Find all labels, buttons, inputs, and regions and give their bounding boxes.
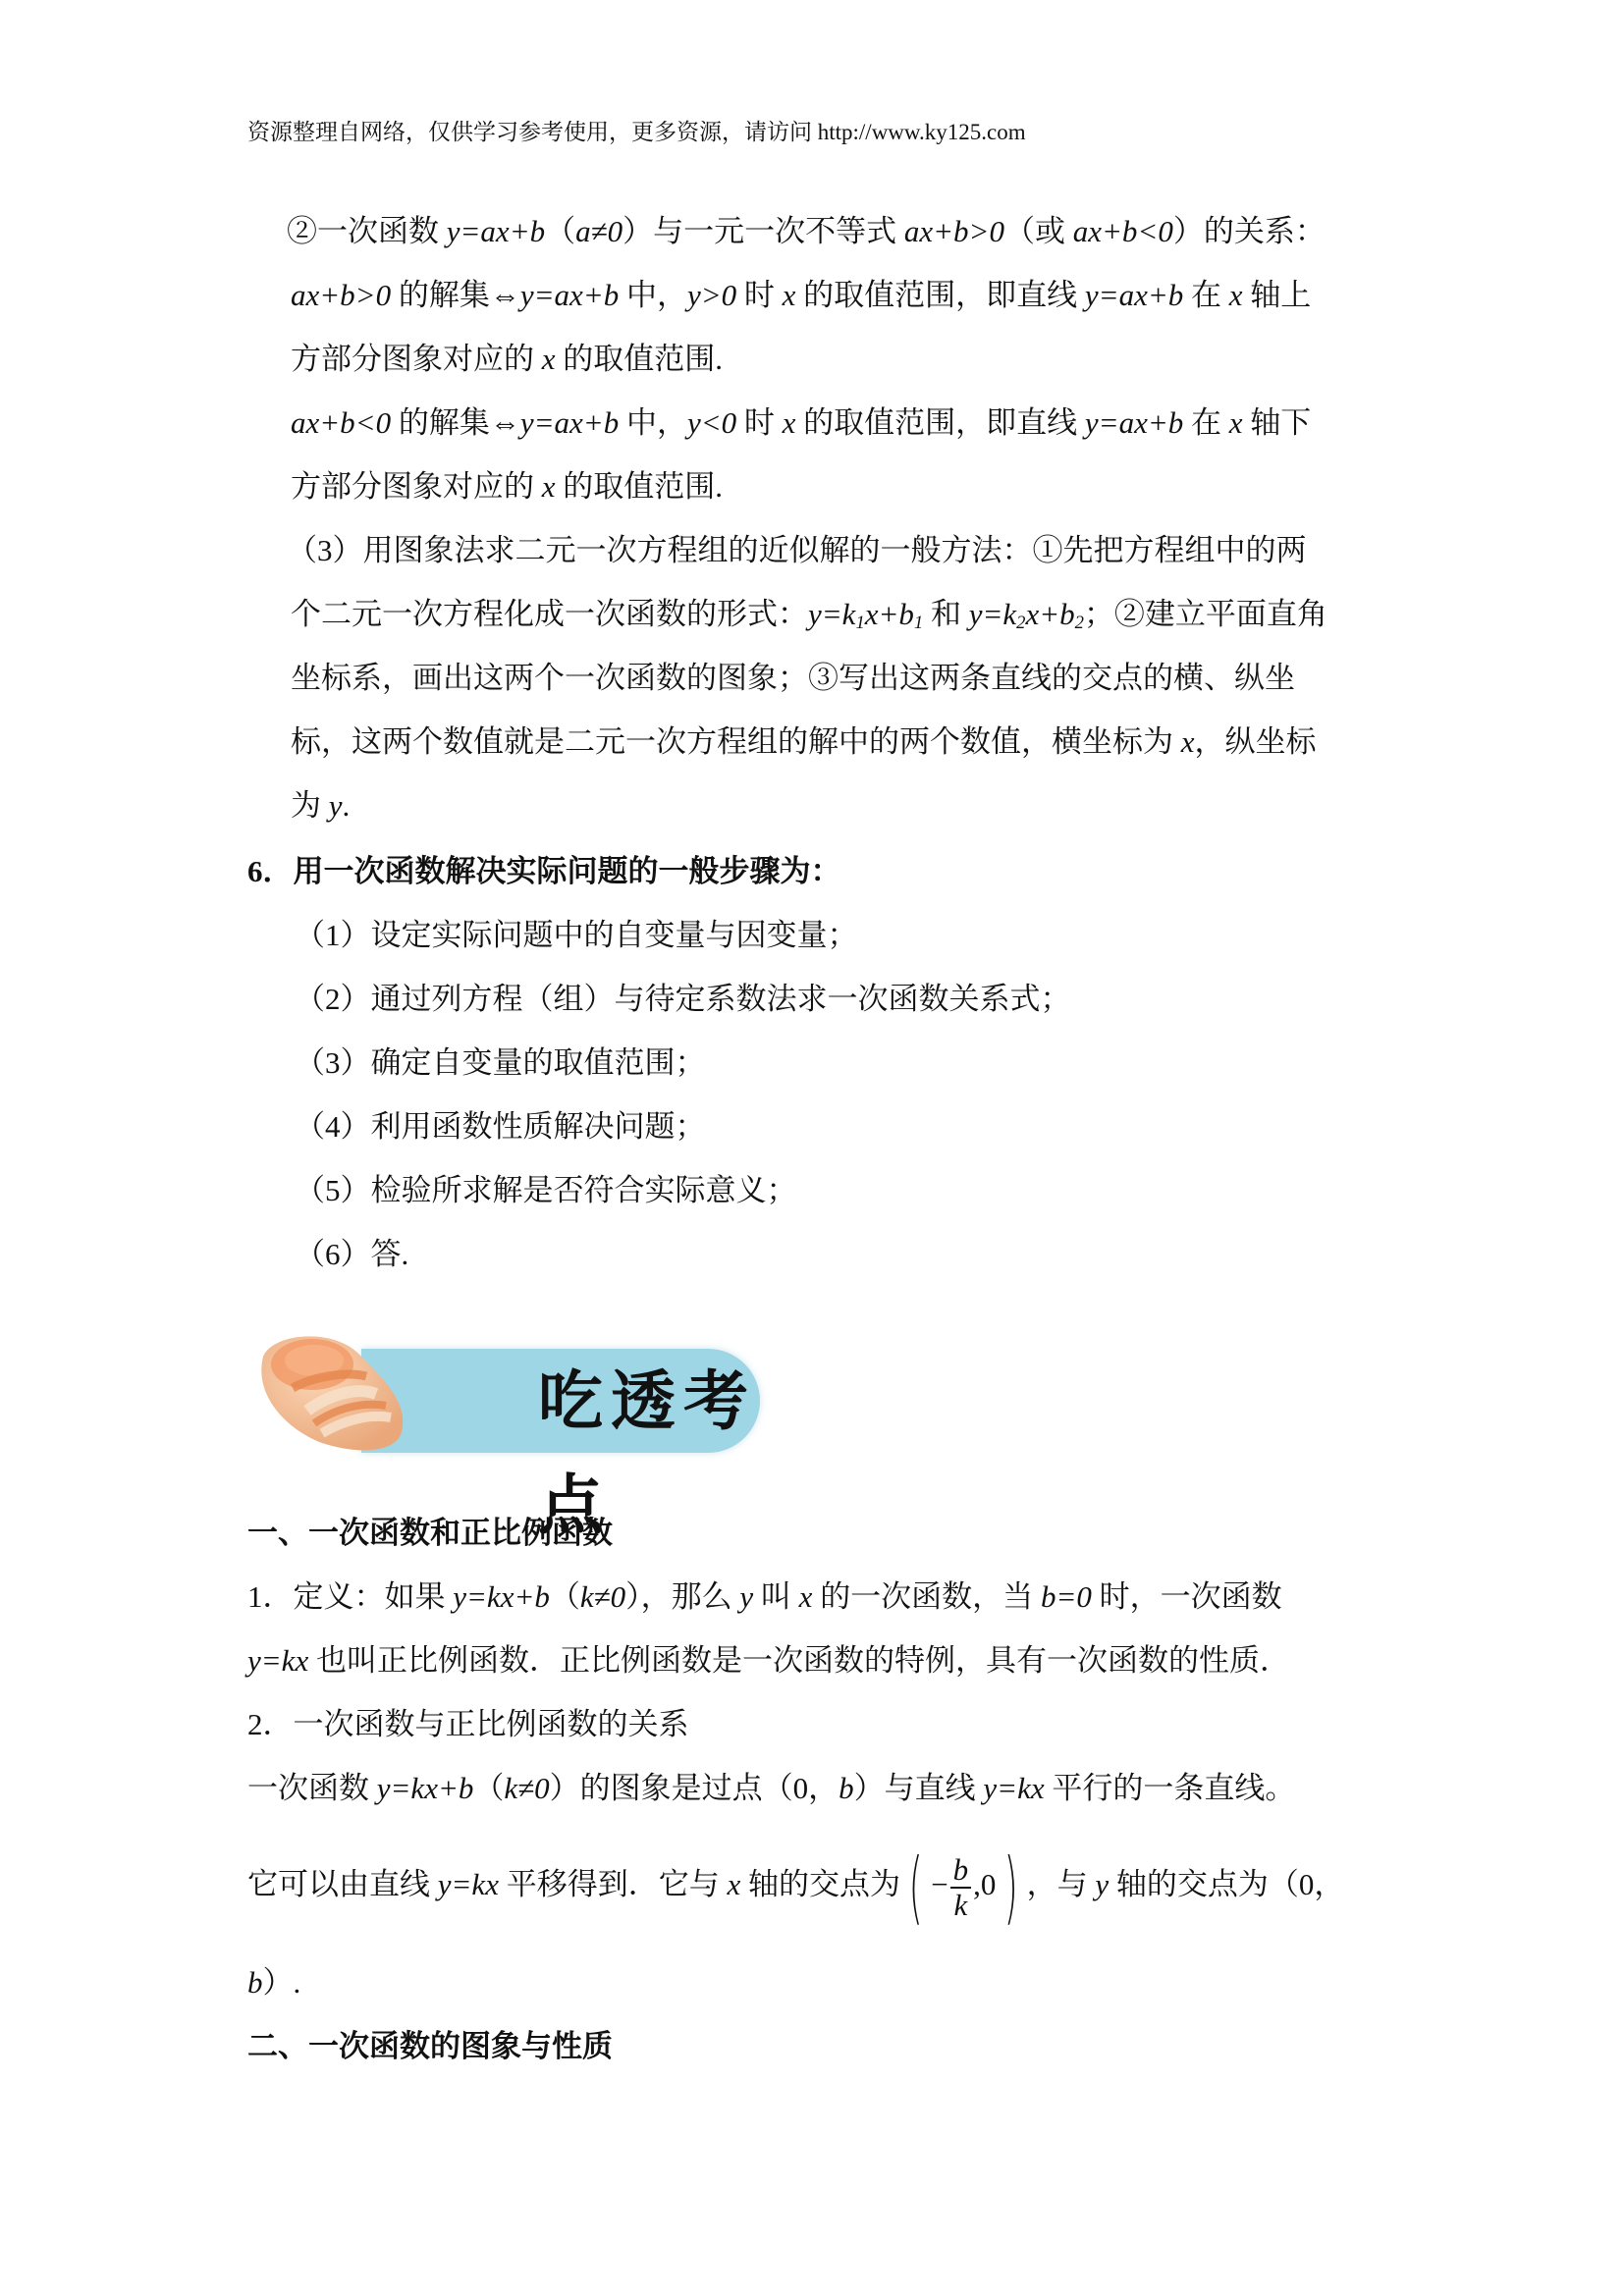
relation-line1: 一次函数 y=kx+b（k≠0）的图象是过点（0，b）与直线 y=kx 平行的一… <box>247 1769 1295 1808</box>
text: （ <box>550 1579 580 1614</box>
step-item: （4）利用函数性质解决问题； <box>295 1107 706 1147</box>
text: 中， <box>619 405 687 440</box>
variable: x <box>1229 405 1243 440</box>
relation-line2: 它可以由直线 y=kx 平移得到．它与 x 轴的交点为(−bk,0)，与 y 轴… <box>247 1845 1344 1927</box>
condition: k≠0 <box>504 1771 549 1805</box>
condition: a≠0 <box>575 214 623 248</box>
inequality: ax+b>0 <box>904 214 1004 248</box>
variable: x <box>799 1579 813 1614</box>
text: ）的关系： <box>1173 214 1326 248</box>
text: （ <box>545 214 575 248</box>
section-banner: 吃透考点 <box>253 1327 784 1460</box>
variable: x <box>1229 278 1243 312</box>
text: 轴的交点为（0， <box>1109 1867 1344 1901</box>
equation: y=kx <box>247 1643 308 1678</box>
text: ②一次函数 <box>287 214 447 248</box>
text: 时，一次函数 <box>1092 1579 1282 1614</box>
resource-notice-header: 资源整理自网络，仅供学习参考使用，更多资源，请访问 http://www.ky1… <box>247 118 1026 147</box>
inequality: ax+b<0 <box>1073 214 1173 248</box>
item2-line4: ax+b<0 的解集⇔y=ax+b 中，y<0 时 x 的取值范围，即直线 y=… <box>291 403 1311 443</box>
equation: y=k <box>808 597 855 631</box>
step-item: （2）通过列方程（组）与待定系数法求一次函数关系式； <box>295 980 1071 1019</box>
equation: y=ax+b <box>1085 405 1183 440</box>
text: 方部分图象对应的 <box>291 342 542 376</box>
text: 的取值范围，即直线 <box>795 278 1085 312</box>
text: ；②建立平面直角 <box>1084 597 1327 631</box>
definition-line2: y=kx 也叫正比例函数．正比例函数是一次函数的特例，具有一次函数的性质． <box>247 1641 1290 1681</box>
text: 为 <box>291 788 329 823</box>
variable: x <box>542 469 556 504</box>
inequality: y<0 <box>687 405 736 440</box>
text: ，与 <box>1027 1867 1096 1901</box>
text: 一次函数 <box>247 1771 377 1805</box>
step-item: （6）答. <box>295 1235 408 1274</box>
section6-title: 6．用一次函数解决实际问题的一般步骤为： <box>247 852 841 891</box>
variable: x <box>783 405 796 440</box>
text: 轴下 <box>1243 405 1312 440</box>
equation: y=kx <box>438 1867 499 1901</box>
text: 的解集⇔ <box>391 405 520 440</box>
text: （或 <box>1004 214 1073 248</box>
variable: x <box>727 1867 740 1901</box>
step-item: （3）确定自变量的取值范围； <box>295 1043 706 1083</box>
right-paren: ) <box>1004 1848 1018 1927</box>
equation: y=k <box>969 597 1016 631</box>
relation-line3: b）. <box>247 1963 300 2002</box>
banner-pill: 吃透考点 <box>361 1349 760 1453</box>
text: 的取值范围，即直线 <box>795 405 1085 440</box>
equation: y=kx <box>983 1771 1044 1805</box>
text: 也叫正比例函数．正比例函数是一次函数的特例，具有一次函数的性质． <box>308 1643 1290 1678</box>
item3-line2: 个二元一次方程化成一次函数的形式：y=k1x+b1 和 y=k2x+b2；②建立… <box>291 595 1327 634</box>
item3-line5: 为 y. <box>291 786 350 826</box>
text: 和 <box>923 597 969 631</box>
variable: x <box>542 342 556 376</box>
item3-line4: 标，这两个数值就是二元一次方程组的解中的两个数值，横坐标为 x，纵坐标 <box>291 722 1317 762</box>
text: 的取值范围. <box>556 469 724 504</box>
minus-sign: − <box>931 1867 947 1901</box>
text: 时 <box>736 405 783 440</box>
inequality: ax+b>0 <box>291 278 391 312</box>
text: 的一次函数，当 <box>812 1579 1041 1614</box>
text: 1．定义：如果 <box>247 1579 453 1614</box>
item3-line1: （3）用图象法求二元一次方程组的近似解的一般方法：①先把方程组中的两 <box>287 531 1307 570</box>
part2-heading: 二、一次函数的图象与性质 <box>247 2027 613 2066</box>
equation: y=ax+b <box>1085 278 1183 312</box>
step-item: （5）检验所求解是否符合实际意义； <box>295 1171 797 1210</box>
text: ）与一元一次不等式 <box>623 214 904 248</box>
subscript: 1 <box>855 613 864 633</box>
equation: y=kx+b <box>453 1579 550 1614</box>
fraction-denominator: k <box>950 1889 972 1922</box>
fraction-numerator: b <box>950 1853 972 1889</box>
item3-line3: 坐标系，画出这两个一次函数的图象；③写出这两条直线的交点的横、纵坐 <box>291 659 1295 698</box>
variable: x <box>1181 724 1195 759</box>
item2-line5: 方部分图象对应的 x 的取值范围. <box>291 467 723 507</box>
equation: x+b <box>1025 597 1074 631</box>
text: . <box>343 788 351 823</box>
equation: y=ax+b <box>447 214 545 248</box>
left-paren: ( <box>909 1848 923 1927</box>
step-item: （1）设定实际问题中的自变量与因变量； <box>295 916 858 955</box>
text: 平移得到．它与 <box>499 1867 728 1901</box>
text: 在 <box>1183 278 1229 312</box>
equation: y=kx+b <box>377 1771 474 1805</box>
inequality: y>0 <box>687 278 736 312</box>
relation-title: 2．一次函数与正比例函数的关系 <box>247 1705 689 1744</box>
text: 轴上 <box>1243 278 1312 312</box>
inequality: ax+b<0 <box>291 405 391 440</box>
text: 的取值范围. <box>556 342 724 376</box>
equation: y=ax+b <box>520 278 619 312</box>
text: 平行的一条直线。 <box>1045 1771 1296 1805</box>
banner-title: 吃透考点 <box>538 1349 760 1453</box>
subscript: 1 <box>914 613 923 633</box>
definition-line1: 1．定义：如果 y=kx+b（k≠0），那么 y 叫 x 的一次函数，当 b=0… <box>247 1577 1282 1617</box>
variable: y <box>329 788 343 823</box>
item2-line2: ax+b>0 的解集⇔y=ax+b 中，y>0 时 x 的取值范围，即直线 y=… <box>291 276 1311 315</box>
seashell-icon <box>253 1327 420 1460</box>
text: ，纵坐标 <box>1195 724 1317 759</box>
equation: y=ax+b <box>520 405 619 440</box>
item2-line1: ②一次函数 y=ax+b（a≠0）与一元一次不等式 ax+b>0（或 ax+b<… <box>287 212 1326 251</box>
text: ）的图象是过点（0， <box>550 1771 839 1805</box>
variable: y <box>1095 1867 1109 1901</box>
text: 它可以由直线 <box>247 1867 438 1901</box>
text: 个二元一次方程化成一次函数的形式： <box>291 597 808 631</box>
variable: y <box>739 1579 753 1614</box>
item2-line3: 方部分图象对应的 x 的取值范围. <box>291 340 723 379</box>
text: 标，这两个数值就是二元一次方程组的解中的两个数值，横坐标为 <box>291 724 1181 759</box>
part1-heading: 一、一次函数和正比例函数 <box>247 1514 613 1553</box>
text: 在 <box>1183 405 1229 440</box>
variable: x <box>783 278 796 312</box>
text: ）与直线 <box>854 1771 984 1805</box>
variable: b <box>839 1771 854 1805</box>
text: 时 <box>736 278 783 312</box>
text: 轴的交点为 <box>740 1867 900 1901</box>
equation: b=0 <box>1041 1579 1092 1614</box>
condition: k≠0 <box>580 1579 625 1614</box>
variable: b <box>247 1965 263 2000</box>
text: ），那么 <box>625 1579 739 1614</box>
text: 中， <box>619 278 687 312</box>
fraction: bk <box>950 1853 972 1922</box>
text: 叫 <box>753 1579 799 1614</box>
subscript: 2 <box>1075 613 1084 633</box>
text: （ <box>473 1771 504 1805</box>
text: ）. <box>263 1965 301 2000</box>
text: 的解集⇔ <box>391 278 520 312</box>
equation: x+b <box>865 597 914 631</box>
text: ,0 <box>973 1867 996 1901</box>
text: 方部分图象对应的 <box>291 469 542 504</box>
